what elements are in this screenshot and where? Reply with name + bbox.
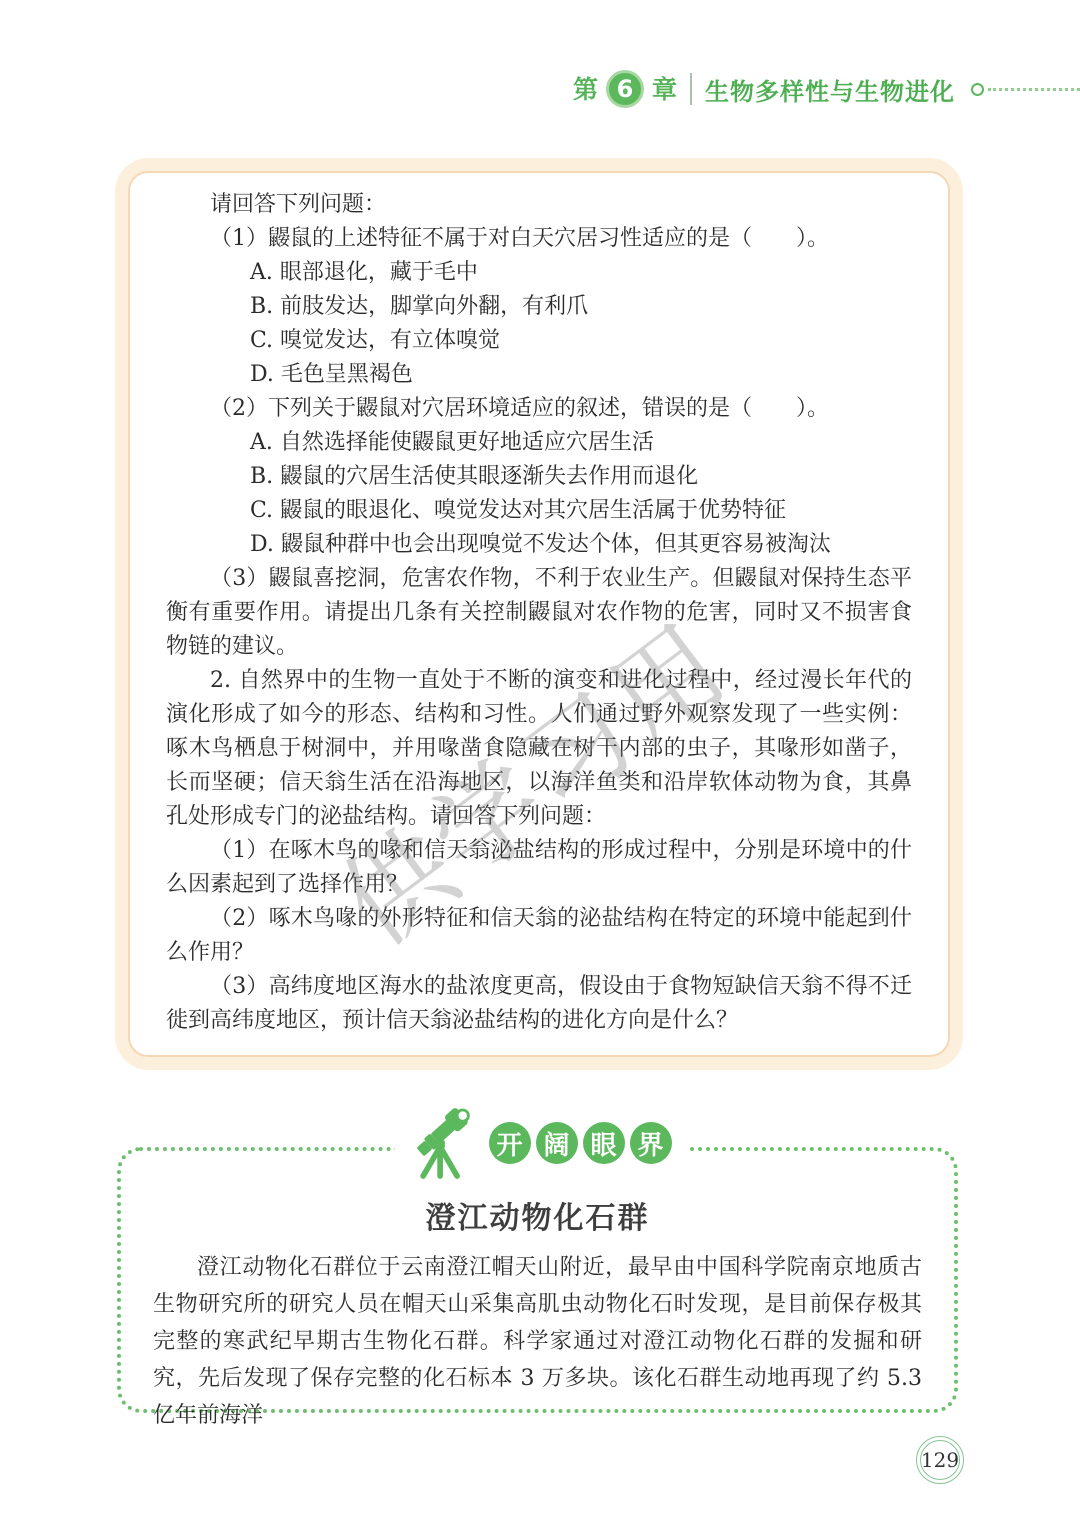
header-divider [690, 73, 692, 105]
chapter-suffix-label: 章 [652, 77, 677, 102]
problem-2-intro: 2. 自然界中的生物一直处于不断的演变和进化过程中，经过漫长年代的演化形成了如今… [166, 664, 912, 834]
chapter-number-badge: 6 [606, 70, 644, 108]
question-1-option-d: D. 毛色呈黑褐色 [250, 358, 912, 392]
horizon-article-paragraph: 澄江动物化石群位于云南澄江帽天山附近，最早由中国科学院南京地质古生物研究所的研究… [121, 1249, 954, 1434]
badge-char-circle: 眼 [583, 1122, 625, 1164]
problem-2-subquestion-3: （3）高纬度地区海水的盐浓度更高，假设由于食物短缺信天翁不得不迁徙到高纬度地区，… [166, 970, 912, 1038]
chapter-prefix-label: 第 [573, 77, 598, 102]
exercise-box-content: 请回答下列问题： （1）鼹鼠的上述特征不属于对白天穴居习性适应的是（ ）。 A.… [128, 171, 950, 1038]
question-1-option-b: B. 前肢发达，脚掌向外翻，有利爪 [250, 290, 912, 324]
question-2-option-d: D. 鼹鼠种群中也会出现嗅觉不发达个体，但其更容易被淘汰 [250, 528, 912, 562]
problem-2-subquestion-2: （2）啄木鸟喙的外形特征和信天翁的泌盐结构在特定的环境中能起到什么作用？ [166, 902, 912, 970]
horizon-badge-inner: 开 阔 眼 界 [395, 1104, 686, 1182]
telescope-icon [409, 1104, 475, 1182]
chapter-header: 第 6 章 生物多样性与生物进化 [0, 66, 1080, 112]
problem-2-subquestion-1: （1）在啄木鸟的喙和信天翁泌盐结构的形成过程中，分别是环境中的什么因素起到了选择… [166, 834, 912, 902]
question-1-option-a: A. 眼部退化，藏于毛中 [250, 256, 912, 290]
question-2-option-c: C. 鼹鼠的眼退化、嗅觉发达对其穴居生活属于优势特征 [250, 494, 912, 528]
exercise-box: 请回答下列问题： （1）鼹鼠的上述特征不属于对白天穴居习性适应的是（ ）。 A.… [115, 158, 963, 1070]
horizon-badge-title: 开 阔 眼 界 [489, 1122, 672, 1164]
badge-char-circle: 界 [630, 1122, 672, 1164]
horizon-badge: 开 阔 眼 界 [0, 1104, 1080, 1182]
header-ring-icon [971, 83, 984, 96]
page-number-badge: 129 [916, 1436, 964, 1484]
question-1-option-c: C. 嗅觉发达，有立体嗅觉 [250, 324, 912, 358]
header-dotted-line [988, 88, 1080, 91]
question-1-stem: （1）鼹鼠的上述特征不属于对白天穴居习性适应的是（ ）。 [166, 222, 912, 256]
badge-char-circle: 开 [489, 1122, 531, 1164]
question-2-option-b: B. 鼹鼠的穴居生活使其眼逐渐失去作用而退化 [250, 460, 912, 494]
page-number: 129 [921, 1448, 959, 1472]
horizon-article-title: 澄江动物化石群 [121, 1193, 954, 1237]
horizon-box: 澄江动物化石群 澄江动物化石群位于云南澄江帽天山附近，最早由中国科学院南京地质古… [117, 1147, 958, 1413]
exercise-intro: 请回答下列问题： [166, 188, 912, 222]
badge-char-circle: 阔 [536, 1122, 578, 1164]
question-3-text: （3）鼹鼠喜挖洞，危害农作物，不利于农业生产。但鼹鼠对保持生态平衡有重要作用。请… [166, 562, 912, 664]
question-2-stem: （2）下列关于鼹鼠对穴居环境适应的叙述，错误的是（ ）。 [166, 392, 912, 426]
chapter-title: 生物多样性与生物进化 [705, 72, 955, 107]
question-2-option-a: A. 自然选择能使鼹鼠更好地适应穴居生活 [250, 426, 912, 460]
